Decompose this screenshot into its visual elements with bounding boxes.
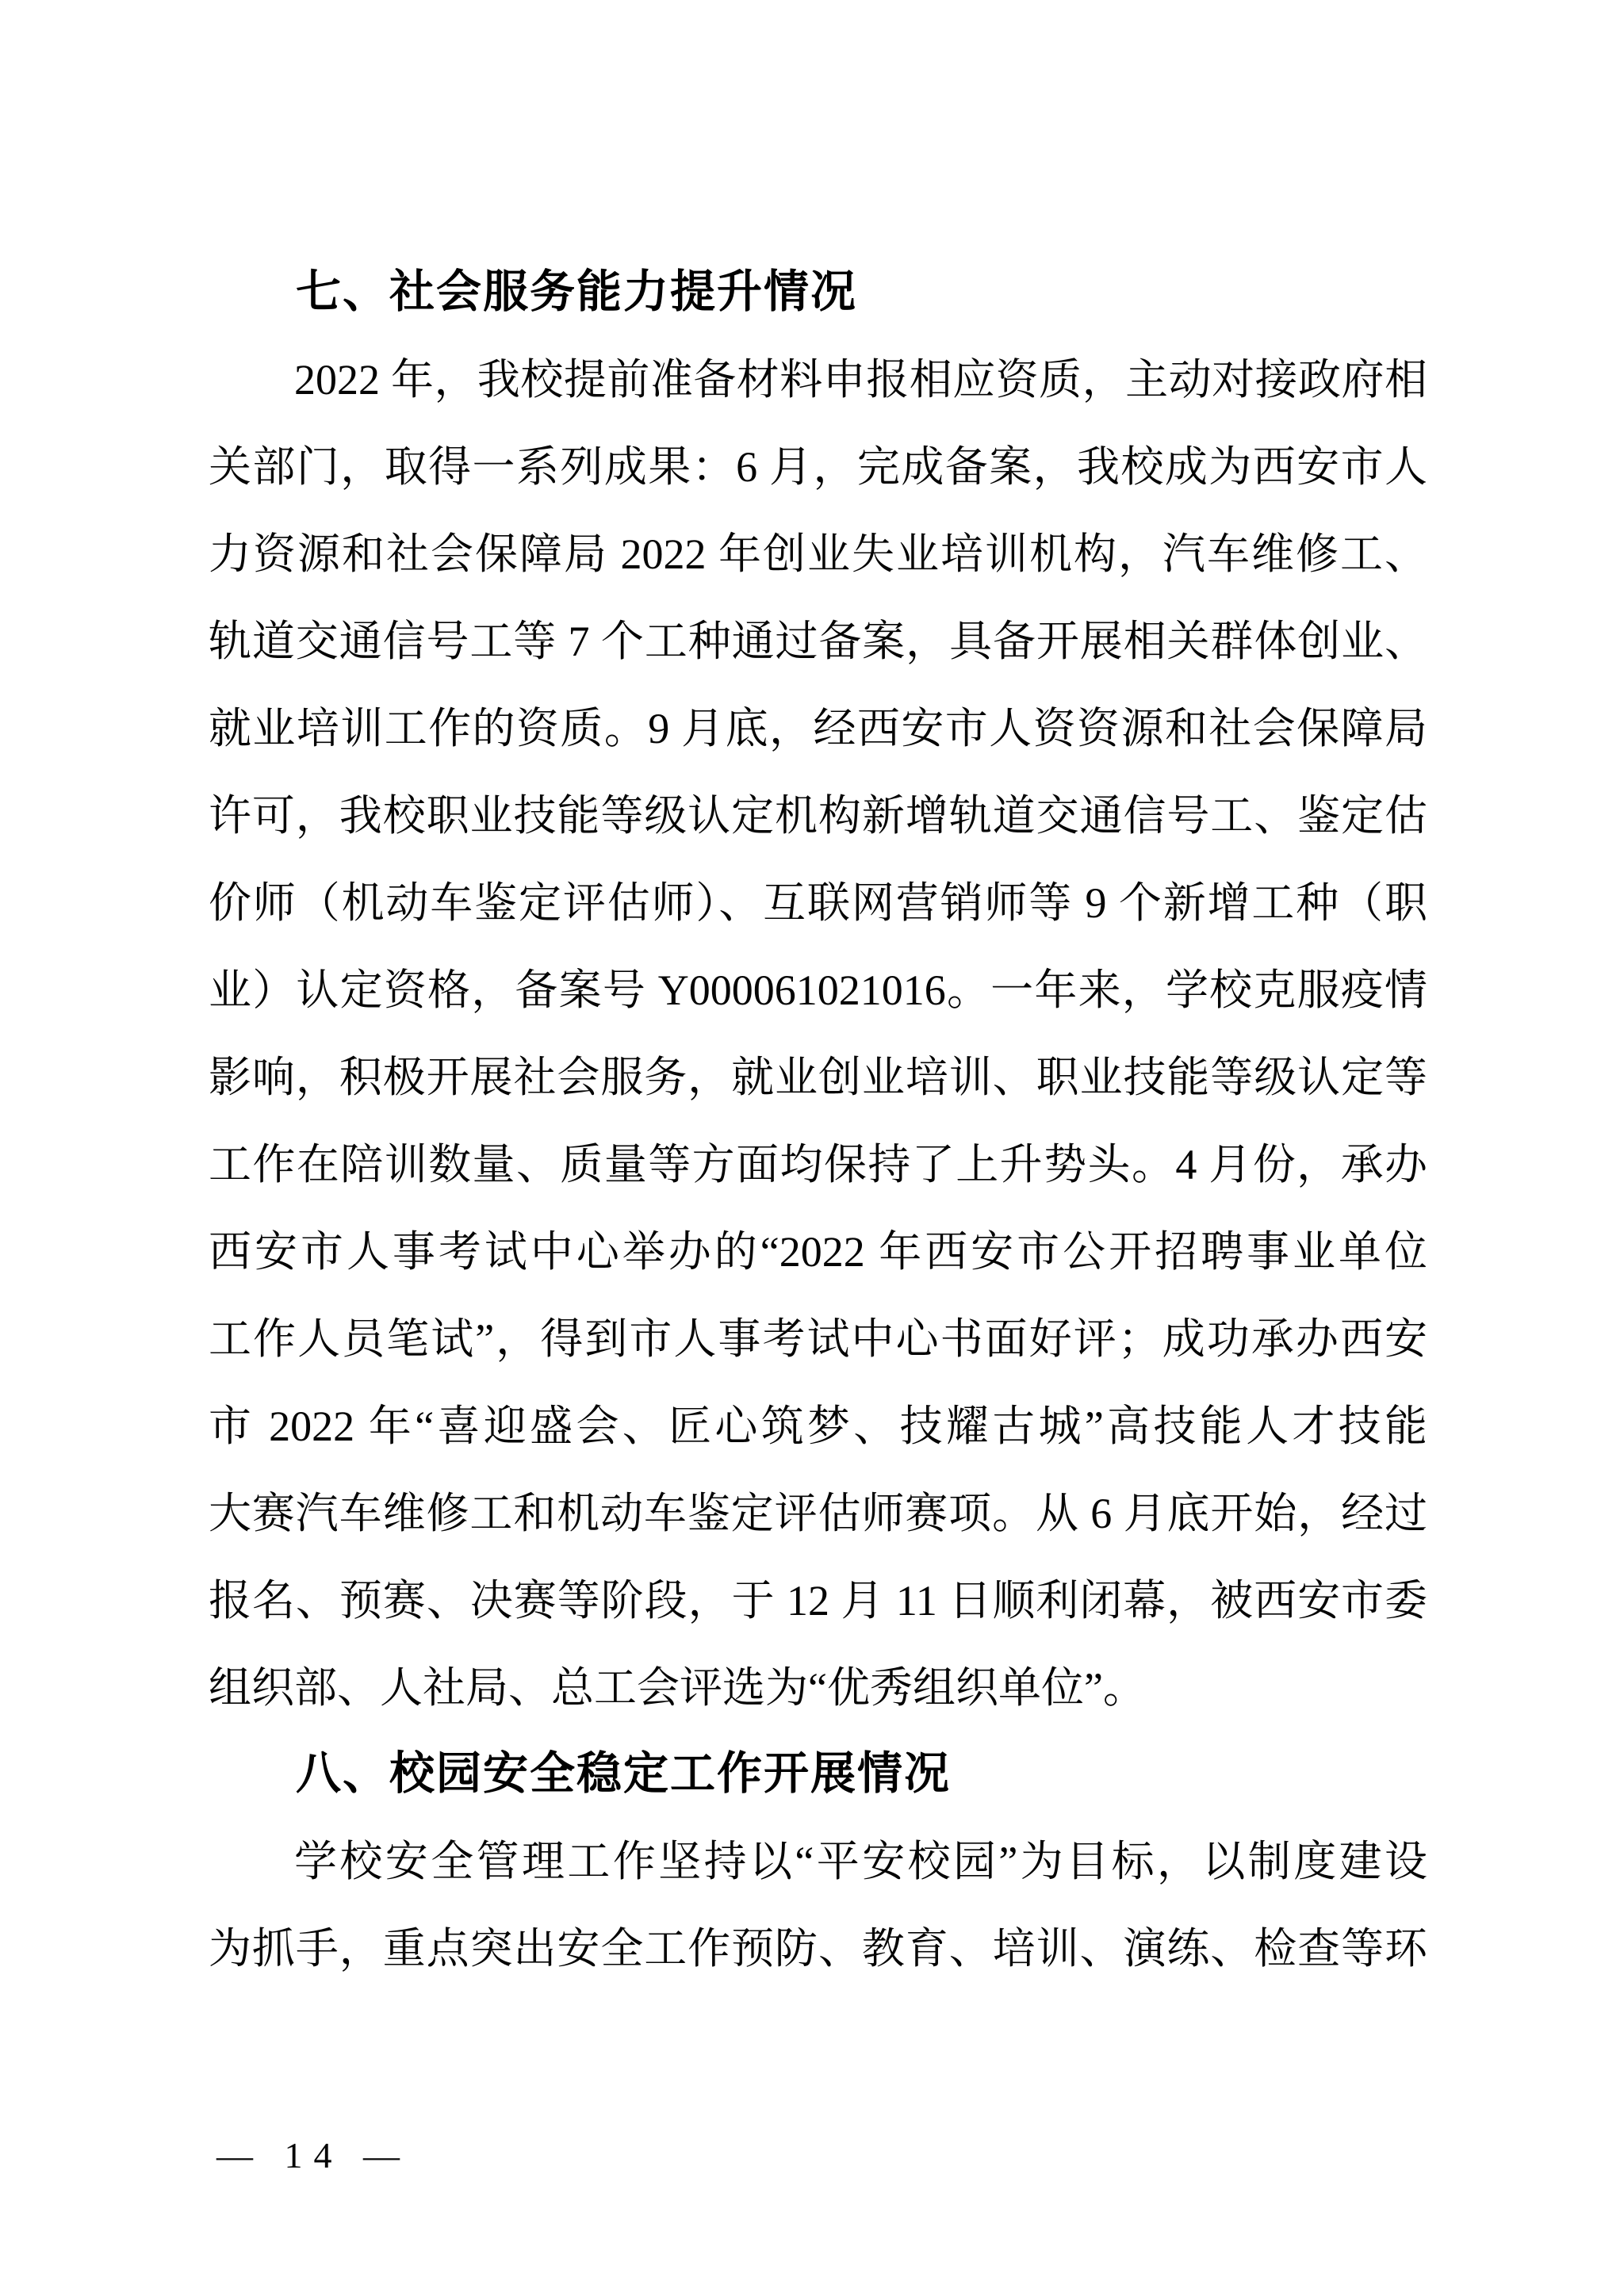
- section-8-heading: 八、校园安全稳定工作开展情况: [296, 1749, 951, 1798]
- section-7-heading: 七、社会服务能力提升情况: [296, 267, 857, 316]
- document-page: 七、社会服务能力提升情况 2022 年，我校提前准备材料申报相应资质，主动对接政…: [0, 0, 1624, 2296]
- paragraph-line: 就业培训工作的资质。9 月底，经西安市人资资源和社会保障局: [209, 704, 1427, 753]
- paragraph-line: 业）认定资格，备案号 Y000061021016。一年来，学校克服疫情: [209, 966, 1427, 1015]
- paragraph-line: 西安市人事考试中心举办的“2022 年西安市公开招聘事业单位: [209, 1227, 1427, 1276]
- paragraph-line: 价师（机动车鉴定评估师）、互联网营销师等 9 个新增工种（职: [209, 878, 1427, 928]
- paragraph-line: 轨道交通信号工等 7 个工种通过备案，具备开展相关群体创业、: [209, 617, 1427, 666]
- paragraph-line: 影响，积极开展社会服务，就业创业培训、职业技能等级认定等: [209, 1053, 1427, 1102]
- paragraph-line: 组织部、人社局、总工会评选为“优秀组织单位”。: [209, 1663, 1427, 1712]
- paragraph-line: 学校安全管理工作坚持以“平安校园”为目标，以制度建设: [209, 1837, 1427, 1886]
- paragraph-line: 市 2022 年“喜迎盛会、匠心筑梦、技耀古城”高技能人才技能: [209, 1402, 1427, 1451]
- paragraph-line: 为抓手，重点突出安全工作预防、教育、培训、演练、检查等环: [209, 1924, 1427, 1973]
- paragraph-line: 报名、预赛、决赛等阶段，于 12 月 11 日顺利闭幕，被西安市委: [209, 1576, 1427, 1625]
- paragraph-line: 工作在陪训数量、质量等方面均保持了上升势头。4 月份，承办: [209, 1140, 1427, 1189]
- paragraph-line: 工作人员笔试”，得到市人事考试中心书面好评；成功承办西安: [209, 1314, 1427, 1364]
- page-number: — 14 —: [216, 2136, 411, 2175]
- paragraph-line: 关部门，取得一系列成果：6 月，完成备案，我校成为西安市人: [209, 442, 1427, 492]
- paragraph-line: 大赛汽车维修工和机动车鉴定评估师赛项。从 6 月底开始，经过: [209, 1489, 1427, 1538]
- paragraph-line: 2022 年，我校提前准备材料申报相应资质，主动对接政府相: [209, 355, 1427, 404]
- paragraph-line: 许可，我校职业技能等级认定机构新增轨道交通信号工、鉴定估: [209, 791, 1427, 840]
- paragraph-line: 力资源和社会保障局 2022 年创业失业培训机构，汽车维修工、: [209, 530, 1427, 579]
